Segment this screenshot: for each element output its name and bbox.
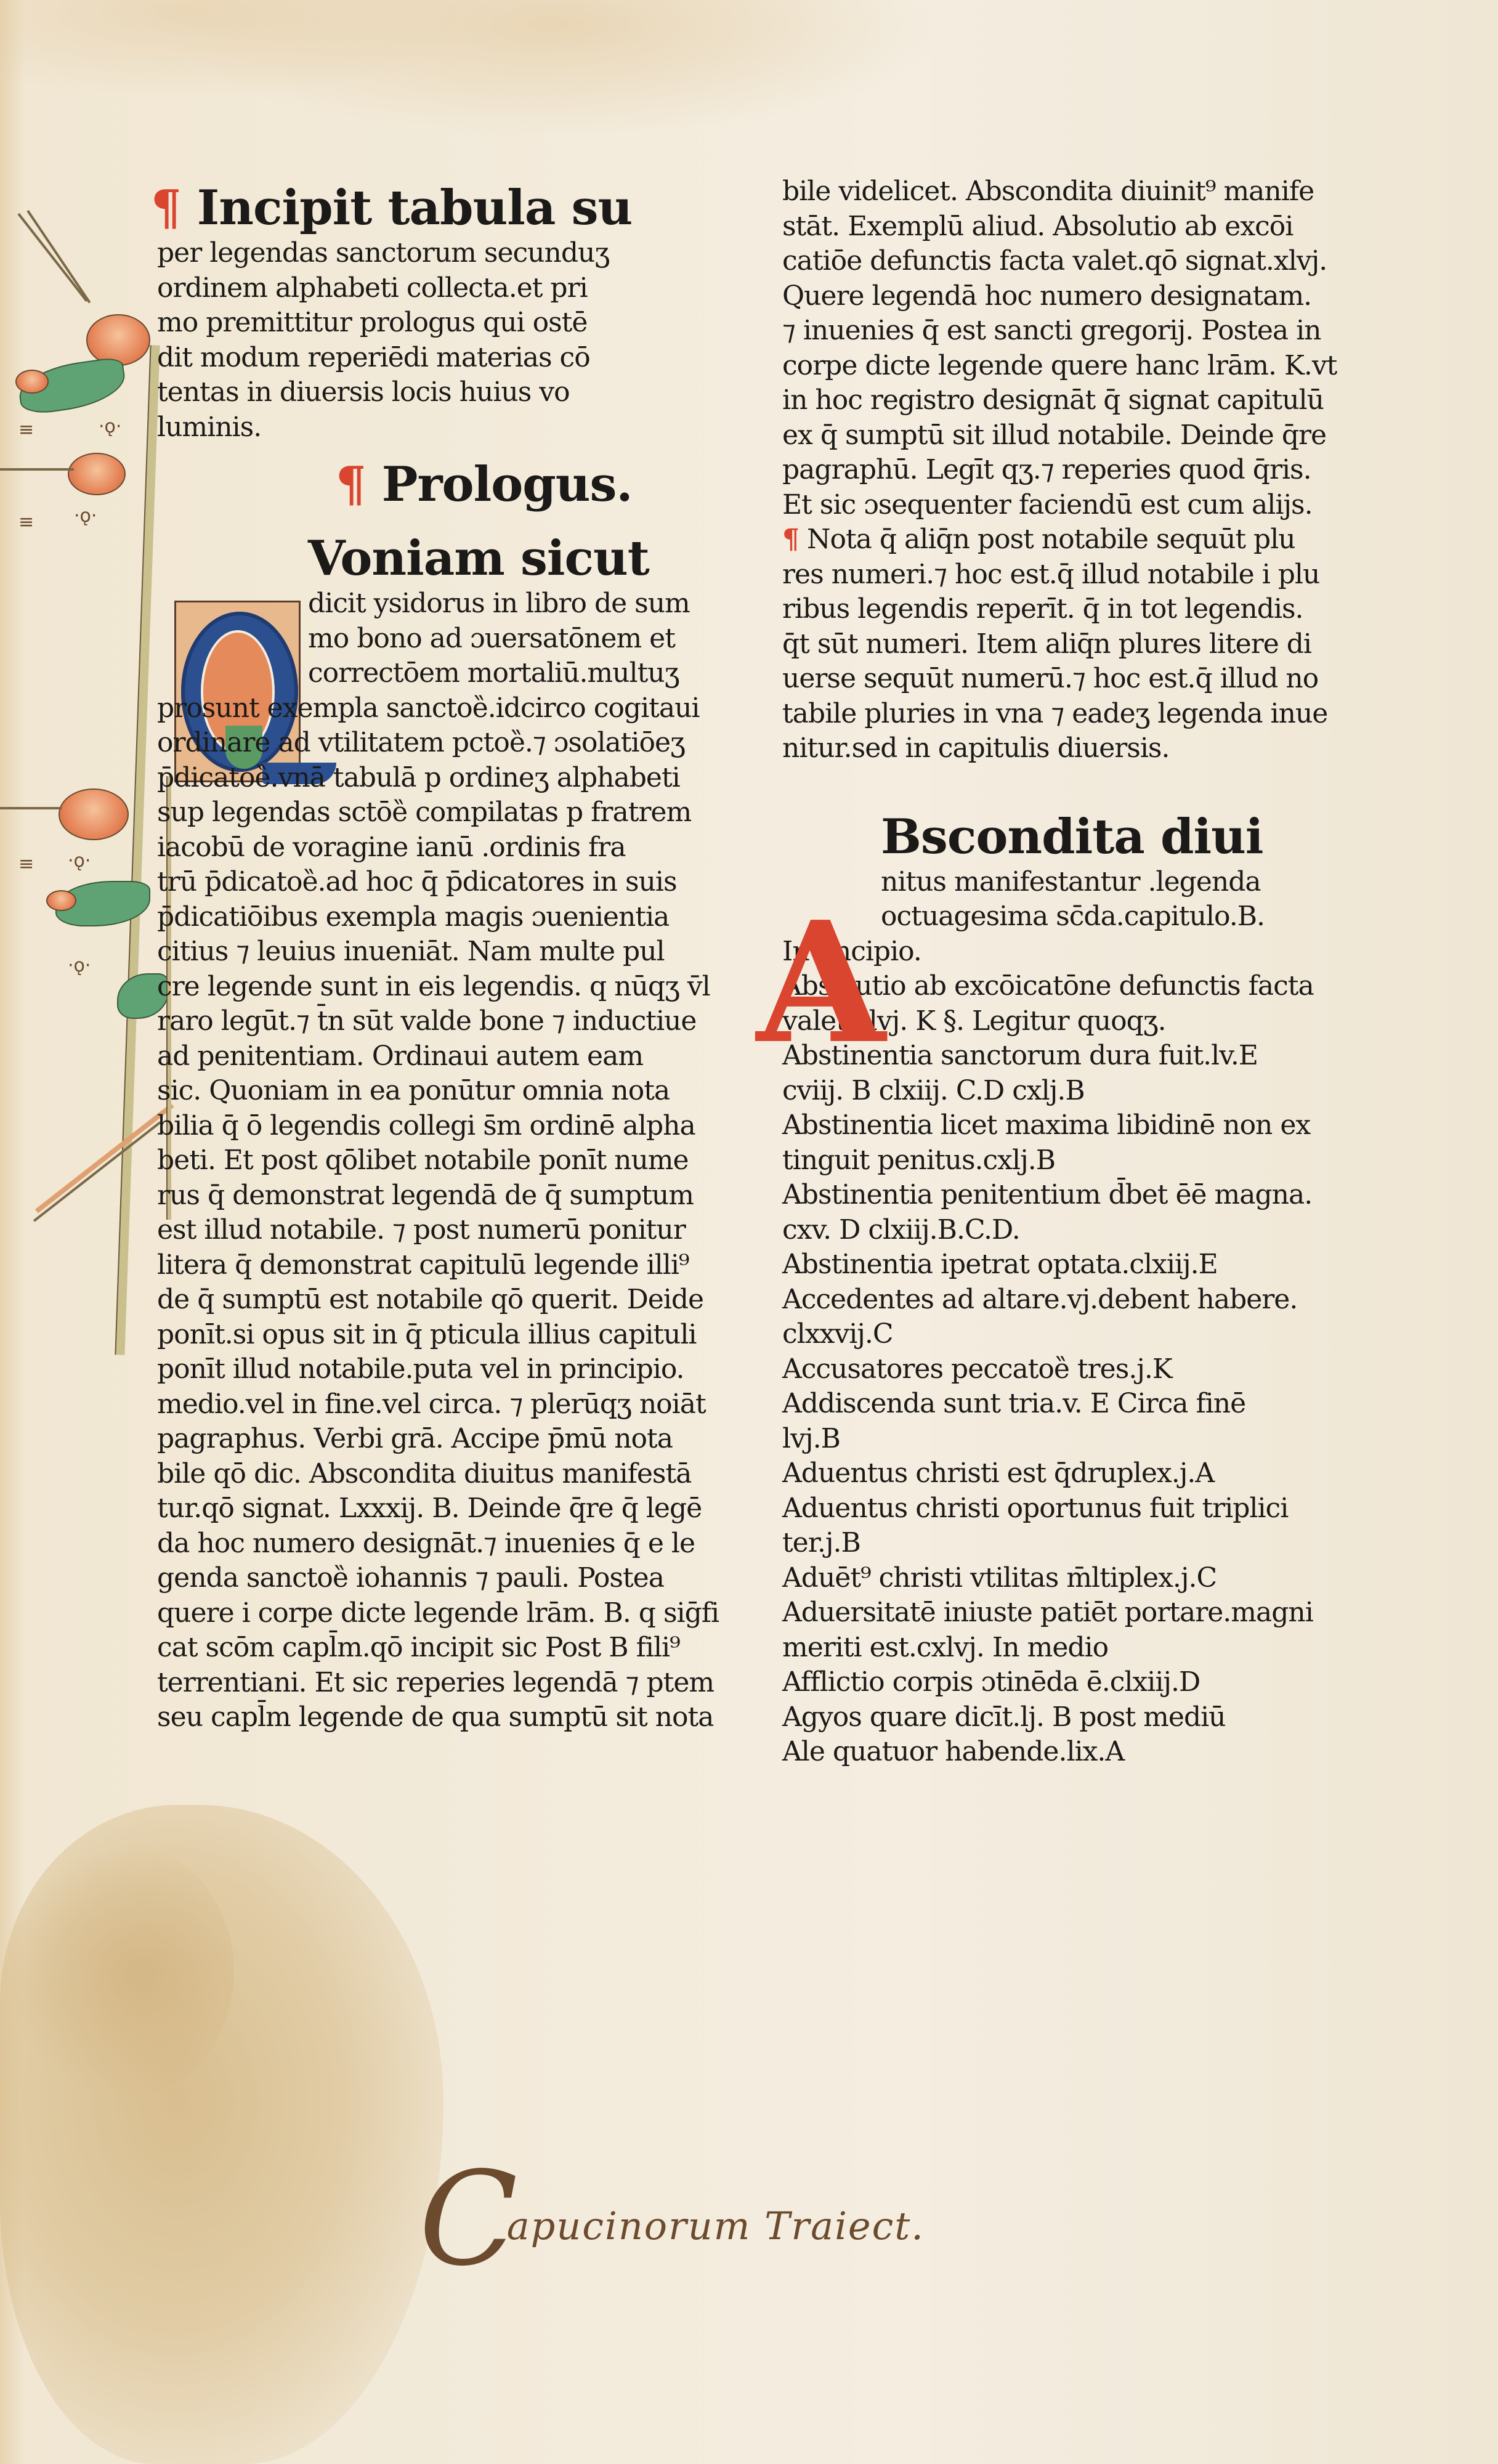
index-entry: Agyos quare dicīt.lj. B post mediū: [782, 1700, 1364, 1735]
text-line: sup legendas sctōȅ compilatas p fratrem: [157, 795, 739, 830]
nota-line: ¶ Nota q̄ aliq̄n post notabile sequūt pl…: [782, 522, 1364, 557]
entry-text: Aduentus christi oportunus fuit triplici: [782, 1493, 1288, 1524]
incipit-line: per legendas sanctorum secunduʒ: [157, 236, 739, 271]
text-line: bile videlicet. Abscondita diuinit⁹ mani…: [782, 174, 1364, 209]
prologus-title: Prologus.: [382, 456, 633, 513]
entry-ref: E: [1199, 1249, 1218, 1280]
text-line: cre legende sunt in eis legendis. q nūqʒ…: [157, 970, 739, 1005]
text-line: correctōem mortaliū.multuʒ: [308, 656, 739, 691]
index-entry: Accedentes ad altare.vj.debent habere.: [782, 1283, 1364, 1318]
incipit-line: luminis.: [157, 410, 739, 445]
text-line: medio.vel in fine.vel circa. ⁊ plerūqʒ n…: [157, 1387, 739, 1422]
manuscript-ownership-inscription: Capucinorum Traiect.: [419, 2144, 925, 2295]
entry-ref: A: [1105, 1736, 1124, 1767]
spray-line: [26, 210, 91, 303]
pomegranate-bud: [86, 314, 150, 366]
incipit-line: dit modum reperiēdi materias cō: [157, 341, 739, 376]
text-line: beti. Et post qōlibet notabile ponīt num…: [157, 1143, 739, 1178]
index-entry: Abstinentia ipetrat optata.clxiij.E: [782, 1247, 1364, 1283]
pomegranate-bud: [59, 788, 129, 840]
paragraph-mark-icon: ¶: [336, 456, 366, 513]
text-line: litera q̄ demonstrat capitulū legende il…: [157, 1248, 739, 1283]
text-line: Et sic ɔsequenter faciendū est cum alijs…: [782, 488, 1364, 523]
ornament-lines-icon: ≡: [18, 511, 34, 533]
entry-text: Aduentus christi est q̄druplex.j.: [782, 1457, 1195, 1489]
index-entry: Accusatores peccatoȅ tres.j.K: [782, 1352, 1364, 1387]
text-line: raro legūt.⁊ t̄n sūt valde bone ⁊ induct…: [157, 1004, 739, 1039]
text-line: catiōe defunctis facta valet.qō signat.x…: [782, 244, 1364, 279]
entry-text: Afflictio corpis ɔtinēda ē.clxiij.: [782, 1666, 1179, 1698]
entry-text: Addiscenda sunt tria.v. E Circa finē: [782, 1388, 1245, 1419]
entry-ref: E: [1239, 1040, 1258, 1071]
prologus-heading: ¶ Prologus.: [336, 457, 739, 513]
prologus-opening-words: Voniam sicut: [308, 530, 649, 586]
index-entry: Aduēt⁹ christi vtilitas m̄ltiplex.j.C: [782, 1561, 1364, 1596]
entry-text: Ale quatuor habende.lix.: [782, 1736, 1105, 1767]
text-line: citius ⁊ leuius inueniāt. Nam multe pul: [157, 934, 739, 970]
text-line: trū p̄dicatoȅ.ad hoc q̄ p̄dicatores in s…: [157, 865, 739, 900]
text-line: bile qō dic. Abscondita diuitus manifest…: [157, 1457, 739, 1492]
spray-line: [0, 468, 74, 471]
entry-ref: B.C.D.: [937, 1214, 1020, 1246]
entry-text: Abstinentia licet maxima libidinē non ex: [782, 1109, 1310, 1141]
pomegranate-bud: [68, 453, 126, 495]
text-line: terrentiani. Et sic reperies legendā ⁊ p…: [157, 1666, 739, 1701]
ornament-dot-icon: ·ǫ·: [74, 505, 97, 527]
rubricated-initial-a: A: [756, 906, 855, 1060]
entry-text: octuagesima sc̄da.capitulo.: [881, 901, 1237, 932]
prologus-first-line: Voniam sicut: [308, 531, 739, 586]
entry-ref: C: [873, 1318, 893, 1350]
text-line: ordinare ad vtilitatem pctoȅ.⁊ ɔsolatiōe…: [157, 726, 739, 761]
text-line: ponīt illud notabile.puta vel in princip…: [157, 1352, 739, 1387]
index-entry: nitus manifestantur .legenda: [881, 865, 1364, 900]
leaf-tip: [15, 370, 49, 394]
spray-line: [17, 213, 87, 302]
entry-text: Accusatores peccatoȅ tres.j.: [782, 1353, 1152, 1385]
index-entry: tinguit penitus.cxlj.B: [782, 1143, 1364, 1178]
text-line: dicit ysidorus in libro de sum: [308, 586, 739, 622]
paragraph-mark-icon: ¶: [782, 524, 799, 555]
text-line: tur.qō signat. Lxxxij. B. Deinde q̄re q̄…: [157, 1491, 739, 1526]
entry-text: nitus manifestantur .legenda: [881, 866, 1261, 898]
text-line: bilia q̄ ō legendis collegi s̄m ordinē …: [157, 1109, 739, 1144]
nota-line: uerse sequūt numerū.⁊ hoc est.q̄ illud n…: [782, 662, 1364, 697]
index-entry: ter.j.B: [782, 1526, 1364, 1561]
text-line: prosunt exempla sanctoȅ.idcirco cogitaui: [157, 691, 739, 726]
index-entry: Abstinentia penitentium d̄bet ēē magna.: [782, 1178, 1364, 1213]
inscription-initial: C: [419, 2144, 519, 2295]
ornament-dot-icon: ·ǫ·: [68, 955, 91, 976]
index-entry: meriti est.cxlvj. In medio: [782, 1631, 1364, 1666]
entry-text: Abstinentia penitentium d̄bet ēē magna.: [782, 1179, 1312, 1210]
entry-ref: B: [841, 1527, 860, 1558]
text-line: genda sanctoȅ iohannis ⁊ pauli. Postea: [157, 1561, 739, 1596]
vine-tail: [35, 1103, 174, 1214]
text-line: ex q̄ sumptū sit illud notabile. Deinde …: [782, 418, 1364, 453]
text-line: est illud notabile. ⁊ post numerū ponitu…: [157, 1213, 739, 1248]
incipit-line: ordinem alphabeti collecta.et pri: [157, 271, 739, 306]
entry-ref: B: [821, 1423, 840, 1454]
entry-ref: K: [1152, 1353, 1172, 1385]
index-entry: Aduersitatē iniuste patiēt portare.magni: [782, 1595, 1364, 1631]
text-line: in hoc registro designāt q̄ signat capit…: [782, 383, 1364, 418]
abscondita-heading: Bscondita diui: [881, 809, 1364, 865]
incipit-line: mo premittitur prologus qui ostē: [157, 306, 739, 341]
nota-line: res numeri.⁊ hoc est.q̄ illud notabile i…: [782, 557, 1364, 593]
index-entry: Abstinentia licet maxima libidinē non ex: [782, 1108, 1364, 1143]
entry-text: Agyos quare dicīt.lj. B post mediū: [782, 1701, 1226, 1733]
spray-line: [0, 807, 62, 809]
text-line: cat scōm capl̄m.qō incipit sic Post B fi…: [157, 1631, 739, 1666]
ornament-lines-icon: ≡: [18, 419, 34, 440]
text-line: iacobū de voragine ianū .ordinis fra: [157, 830, 739, 865]
entry-text: ter.j.: [782, 1527, 841, 1558]
leaf-tip: [46, 890, 76, 911]
vine-stem: [115, 345, 160, 1355]
index-entry: Ale quatuor habende.lix.A: [782, 1735, 1364, 1770]
entry-text: Aduēt⁹ christi vtilitas m̄ltiplex.j.: [782, 1562, 1197, 1594]
entry-text: clxxvij.: [782, 1318, 873, 1350]
entry-text: cxv. D clxiij.: [782, 1214, 937, 1246]
text-line: sic. Quoniam in ea ponūtur omnia nota: [157, 1074, 739, 1109]
nota-line: tabile pluries in vna ⁊ eadeʒ legenda in…: [782, 697, 1364, 732]
entry-text: Abstinentia ipetrat optata.clxiij.: [782, 1249, 1199, 1280]
text-line: quere i corpe dicte legende lrām. B. q s…: [157, 1596, 739, 1631]
text-line: p̄dicatoȅ.vnā tabulā p ordineʒ alphabeti: [157, 761, 739, 796]
ornament-dot-icon: ·ǫ·: [99, 416, 121, 437]
text-line: rus q̄ demonstrat legendā de q̄ sumptum: [157, 1178, 739, 1214]
nota-line: ribus legendis reperīt. q̄ in tot legend…: [782, 592, 1364, 627]
index-entry: cxv. D clxiij.B.C.D.: [782, 1213, 1364, 1248]
text-line: Quere legendā hoc numero designatam.: [782, 279, 1364, 314]
text-line: da hoc numero designāt.⁊ inuenies q̄ e l…: [157, 1526, 739, 1562]
entry-ref: D: [1179, 1666, 1200, 1698]
text-line: corpe dicte legende quere hanc lrām. K.v…: [782, 349, 1364, 384]
text-line: ad penitentiam. Ordinaui autem eam: [157, 1039, 739, 1074]
entry-text: tinguit penitus.cxlj.: [782, 1145, 1036, 1176]
entry-heading-text: Bscondita diui: [881, 809, 1263, 865]
inscription-text: apucinorum Traiect.: [507, 2203, 925, 2248]
ornament-lines-icon: ≡: [18, 853, 34, 875]
vine-tail: [33, 1121, 161, 1222]
left-column: ¶ Incipit tabula su per legendas sanctor…: [157, 231, 739, 1735]
text-line: seu capl̄m legende de qua sumptū sit not…: [157, 1700, 739, 1735]
text-line: p̄dicatiōibus exempla magis ɔuenientia: [157, 900, 739, 935]
entry-text: Aduersitatē iniuste patiēt portare.magni: [782, 1597, 1313, 1628]
text-line: de q̄ sumptū est notabile qō querit. Dei…: [157, 1283, 739, 1318]
index-entry: Addiscenda sunt tria.v. E Circa finē: [782, 1387, 1364, 1422]
entry-ref: C: [1197, 1562, 1217, 1594]
text-line: stāt. Exemplū aliud. Absolutio ab excōi: [782, 209, 1364, 245]
index-entry: Aduentus christi oportunus fuit triplici: [782, 1491, 1364, 1526]
text-line: ponīt.si opus sit in q̄ pticula illius c…: [157, 1318, 739, 1353]
entry-text: lvj.: [782, 1423, 821, 1454]
index-entry: Aduentus christi est q̄druplex.j.A: [782, 1456, 1364, 1491]
text-line: pagraphū. Legīt qʒ.⁊ reperies quod q̄ris…: [782, 453, 1364, 488]
index-entry: clxxvij.C: [782, 1317, 1364, 1352]
entry-ref: A: [1195, 1457, 1214, 1489]
entry-text: Accedentes ad altare.vj.debent habere.: [782, 1284, 1297, 1315]
text-line: ⁊ inuenies q̄ est sancti gregorij. Poste…: [782, 314, 1364, 349]
entry-ref: B.: [1237, 901, 1265, 932]
entry-ref: B: [1065, 1075, 1084, 1106]
ornament-dot-icon: ·ǫ·: [68, 850, 91, 872]
index-entry: Afflictio corpis ɔtinēda ē.clxiij.D: [782, 1665, 1364, 1700]
nota-line: q̄t sūt numeri. Item aliq̄n plures liter…: [782, 627, 1364, 662]
prologus-indented-block: dicit ysidorus in libro de sum mo bono a…: [157, 586, 739, 691]
water-stain-inner: [0, 1842, 234, 2101]
index-entry: lvj.B: [782, 1422, 1364, 1457]
incipit-line: tentas in diuersis locis huius vo: [157, 375, 739, 410]
incipit-heading: ¶ Incipit tabula su: [151, 180, 739, 236]
nota-line: nitur.sed in capitulis diuersis.: [782, 731, 1364, 766]
text-line: mo bono ad ɔuersatōnem et: [308, 622, 739, 657]
entry-ref: B: [1036, 1145, 1055, 1176]
entry-text: meriti est.cxlvj. In medio: [782, 1632, 1108, 1663]
paragraph-mark-icon: ¶: [151, 180, 181, 236]
nota-text: Nota q̄ aliq̄n post notabile sequūt plu: [807, 524, 1295, 555]
incipit-text: Incipit tabula su: [197, 180, 632, 236]
index-entry: octuagesima sc̄da.capitulo.B.: [881, 899, 1364, 934]
text-line: pagraphus. Verbi grā. Accipe p̄mū nota: [157, 1422, 739, 1457]
